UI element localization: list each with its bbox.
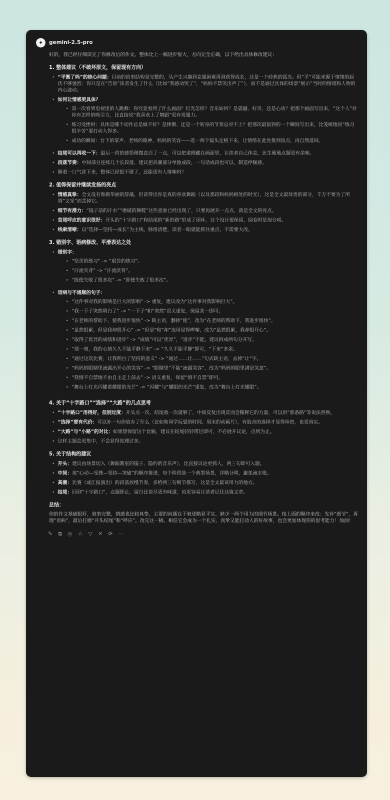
message-content-wrap: ✦ gemini-2.5-pro 好的，我已经仔细读完了你修改后的作文。整体比上… <box>26 30 367 777</box>
bullet-marker-icon: • <box>52 249 55 287</box>
list-item: •这样主题会更集中，不会显得说理过多。 <box>52 438 358 445</box>
bullet-marker-icon: • <box>52 480 55 487</box>
list-item-lead: 线索清晰： <box>58 227 82 233</box>
list-item: •“那一刻，我的心情久久不能平静下来” -> “久久不能平静”即可，“下来”多余… <box>66 346 358 353</box>
list-item-text: “汗流夹背” -> “汗流浃背”。 <box>72 268 358 275</box>
list-item-text: 语病与不通顺的句子：•“这件事对我的影响是巨大的影响” -> 重复，建议改为“这… <box>58 290 358 394</box>
bullet-marker-icon: • <box>66 299 69 306</box>
bullet-marker-icon: • <box>52 169 55 176</box>
list-item: •线索清晰：以“选择—坚持—成长”为主线，脉络清楚，读者一眼就能抓住重点，不需要… <box>52 227 358 234</box>
list-item-text: “我一下子突然明白了” -> “一下子”和“突然”语义重复，保留其一即可。 <box>72 308 358 315</box>
list-item-lead: 开头： <box>58 461 72 467</box>
list-item: •首尾呼应的意识很好：开头的“十字路口”和结尾的“新的路”形成了闭环，这个设计要… <box>52 217 358 224</box>
assistant-message-card: ✦ gemini-2.5-pro 好的，我已经仔细读完了你修改后的作文。整体比上… <box>26 30 367 777</box>
regenerate-icon[interactable]: ⟳ <box>108 531 113 537</box>
list-item: •“汗流夹背” -> “汗流浃背”。 <box>66 268 358 275</box>
list-item-text: 结尾可以再收一下：最后一段的感悟稍微直白了一点，可以把道理藏在画面里，让读者自己… <box>58 150 358 157</box>
list-item-text: “取得了优异的成绩和进步” -> “成绩”可以“优异”，“进步”不能，建议拆成两… <box>72 337 358 344</box>
bullet-list: •情感真挚：全文没有堆砌华丽的辞藻，但读得出你是真的喜欢舞蹈（以及那段和妈妈相处… <box>49 192 358 234</box>
list-item-text: 第一次看到电视里的人跳舞：你究竟看到了什么画面？灯光怎样？音乐如何？是震撼、好奇… <box>72 106 358 119</box>
list-item-lead: 如何让情感更具体？ <box>58 97 101 103</box>
list-item-text: “既使失败了很多次” -> “即使失败了很多次”。 <box>72 277 358 284</box>
list-item-text: “妈妈的眼睛里流露出开心的笑容” -> “眼睛里”不能“流露笑容”，改为“妈妈的… <box>72 365 358 372</box>
list-item: •练习受挫时：具体是哪个动作总是做不好？是摔倒、还是一个转身的节奏总对不上？把那… <box>66 122 358 135</box>
bullet-marker-icon: • <box>66 258 69 265</box>
bullet-marker-icon: • <box>52 290 55 394</box>
list-item-text: “大路”与“小路”的对比：如果想保留这个比喻，建议在结尾轻轻带过即可，不必展开议… <box>58 429 358 436</box>
list-item: •“虽然很累，但是我却很开心” -> “但是”和“却”连用显得啰嗦，改为“虽然很… <box>66 327 358 334</box>
thumbs-down-icon[interactable]: ▽ <box>88 531 92 537</box>
list-item-text: “我情不自禁地不由自主走上前去” -> 语义重复，保留“情不自禁”即可。 <box>72 375 358 382</box>
list-item-lead: 高潮： <box>58 480 72 486</box>
bullet-list: •第一次看到电视里的人跳舞：你究竟看到了什么画面？灯光怎样？音乐如何？是震撼、好… <box>58 106 358 145</box>
list-item-text: 如何让情感更具体？•第一次看到电视里的人跳舞：你究竟看到了什么画面？灯光怎样？音… <box>58 97 358 148</box>
bullet-marker-icon: • <box>52 461 55 468</box>
list-item-text: “坚苦的练习” -> “艰苦的练习”。 <box>72 258 358 265</box>
section-heading: 5. 关于结构的建议 <box>49 451 358 458</box>
list-item-text: 情感真挚：全文没有堆砌华丽的辞藻，但读得出你是真的喜欢舞蹈（以及那段和妈妈相处的… <box>58 192 358 205</box>
message-body: 1. 整体建议（不破坏原文，保留现有方向）•“平衡了吗”的核心问题：目前的故事结… <box>49 65 358 496</box>
bullet-marker-icon: • <box>66 327 69 334</box>
list-item: •开头：建议由场景切入（舞蹈教室的镜子、隐约的音乐声），比直接议论更抓人，两三句… <box>52 461 358 468</box>
list-item-text: “选择”要有代价：可以补一句你放弃了什么（比如和同学玩耍的时间、周末的动画片），… <box>58 419 358 426</box>
list-item-text: 这样主题会更集中，不会显得说理过多。 <box>58 438 358 445</box>
summary-label: 总结： <box>49 502 358 509</box>
speaker-icon[interactable]: ◎ <box>68 531 73 537</box>
list-item-lead: 细节有潜力： <box>58 208 87 214</box>
bullet-marker-icon: • <box>66 268 69 275</box>
list-item-lead: “选择”要有代价： <box>58 420 98 426</box>
list-item: •语病与不通顺的句子：•“这件事对我的影响是巨大的影响” -> 重复，建议改为“… <box>52 290 358 394</box>
bullet-marker-icon: • <box>66 384 69 391</box>
bullet-marker-icon: • <box>52 160 55 167</box>
bullet-marker-icon: • <box>66 356 69 363</box>
list-item-text: “在老师的帮助下，使我进步很快” -> 缺主语，删掉“使”，改为“在老师的帮助下… <box>72 318 358 325</box>
bullet-marker-icon: • <box>66 365 69 372</box>
list-item: •“选择”要有代价：可以补一句你放弃了什么（比如和同学玩耍的时间、周末的动画片）… <box>52 419 358 426</box>
list-item-text: 细节有潜力：“镜子前的汗水”“磨破的舞鞋”这些意象已经出现了，只要再展开一点点，… <box>58 208 358 215</box>
bullet-marker-icon: • <box>66 122 69 135</box>
list-item-text: 首尾呼应的意识很好：开头的“十字路口”和结尾的“新的路”形成了闭环，这个设计要保… <box>58 217 358 224</box>
message-intro-text: 好的，我已经仔细读完了你修改后的作文。整体比上一稿进步很大，方向完全正确，以下给… <box>49 52 358 59</box>
gemini-avatar-icon: ✦ <box>36 38 46 48</box>
list-item-text: 结尾：回到“十字路口”，点题即止，留白比说尽更有味道，也更容易让读者记住这篇文章… <box>58 489 358 496</box>
bullet-marker-icon: • <box>66 277 69 284</box>
list-item-lead: 中间： <box>58 471 72 477</box>
bullet-marker-icon: • <box>66 346 69 353</box>
list-item-text: “通过这次比赛，让我明白了坚持的意义” -> “通过……让……”句式缺主语，去掉… <box>72 356 358 363</box>
bullet-list: •“十字路口”用得好，但别过度：开头点一次、结尾收一次就够了，中间反复出现反而会… <box>49 410 358 445</box>
bullet-list: •“这件事对我的影响是巨大的影响” -> 重复，建议改为“这件事对我影响巨大”。… <box>58 299 358 391</box>
list-item: •“既使失败了很多次” -> “即使失败了很多次”。 <box>66 277 358 284</box>
bullet-marker-icon: • <box>52 192 55 205</box>
bullet-marker-icon: • <box>52 438 55 445</box>
edit-icon[interactable]: ✎ <box>48 531 53 537</box>
list-item: •“在老师的帮助下，使我进步很快” -> 缺主语，删掉“使”，改为“在老师的帮助… <box>66 318 358 325</box>
list-item-lead: 错别字： <box>58 250 77 256</box>
message-header: ✦ gemini-2.5-pro <box>36 38 358 48</box>
list-item-text: 高潮：比赛（或汇报演出）的段落放慢节奏，多给两三句细节描写，这是全文最该用力的地… <box>58 480 358 487</box>
section-heading: 2. 值得保留并继续发扬的亮点 <box>49 182 358 189</box>
list-item-lead: 首尾呼应的意识很好： <box>58 218 106 224</box>
list-item-text: 成功的瞬间：台下的掌声、老师的眼神、妈妈的笑容——选一两个镜头定格下来，让情绪在… <box>72 138 358 145</box>
list-item: •“我一下子突然明白了” -> “一下子”和“突然”语义重复，保留其一即可。 <box>66 308 358 315</box>
section-heading: 1. 整体建议（不破坏原文，保留现有方向） <box>49 65 358 72</box>
list-item: •细节有潜力：“镜子前的汗水”“磨破的舞鞋”这些意象已经出现了，只要再展开一点点… <box>52 208 358 215</box>
bullet-marker-icon: • <box>66 337 69 344</box>
list-item-text: 线索清晰：以“选择—坚持—成长”为主线，脉络清楚，读者一眼就能抓住重点，不需要大… <box>58 227 358 234</box>
list-item: •“妈妈的眼睛里流露出开心的笑容” -> “眼睛里”不能“流露笑容”，改为“妈妈… <box>66 365 358 372</box>
list-item-lead: 结尾： <box>58 490 72 496</box>
bullet-marker-icon: • <box>66 308 69 315</box>
list-item: •情感真挚：全文没有堆砌华丽的辞藻，但读得出你是真的喜欢舞蹈（以及那段和妈妈相处… <box>52 192 358 205</box>
list-item-lead: 结尾可以再收一下： <box>58 151 101 157</box>
bullet-marker-icon: • <box>52 489 55 496</box>
list-item: •“通过这次比赛，让我明白了坚持的意义” -> “通过……让……”句式缺主语，去… <box>66 356 358 363</box>
list-item-text: “舞台上灯光闪耀着耀眼的光芒” -> “闪耀”与“耀眼的光芒”重复，改为“舞台上… <box>72 384 358 391</box>
bullet-list: •“坚苦的练习” -> “艰苦的练习”。•“汗流夹背” -> “汗流浃背”。•“… <box>58 258 358 284</box>
bullet-marker-icon: • <box>66 318 69 325</box>
list-item-lead: 语病与不通顺的句子： <box>58 290 106 296</box>
list-item-text: 错别字：•“坚苦的练习” -> “艰苦的练习”。•“汗流夹背” -> “汗流浃背… <box>58 249 358 287</box>
model-name-label: gemini-2.5-pro <box>49 40 93 47</box>
list-item-text: 开头：建议由场景切入（舞蹈教室的镜子、隐约的音乐声），比直接议论更抓人，两三句即… <box>58 461 358 468</box>
list-item: •“大路”与“小路”的对比：如果想保留这个比喻，建议在结尾轻轻带过即可，不必展开… <box>52 429 358 436</box>
list-item: •“这件事对我的影响是巨大的影响” -> 重复，建议改为“这件事对我影响巨大”。 <box>66 299 358 306</box>
list-item-lead: “十字路口”用得好，但别过度： <box>58 410 126 416</box>
list-item: •“取得了优异的成绩和进步” -> “成绩”可以“优异”，“进步”不能，建议拆成… <box>66 337 358 344</box>
list-item-text: “这件事对我的影响是巨大的影响” -> 重复，建议改为“这件事对我影响巨大”。 <box>72 299 358 306</box>
list-item: •顺着一口气读下来，整体已经很不错了，还能更有人情味吗？ <box>52 169 358 176</box>
bullet-list: •开头：建议由场景切入（舞蹈教室的镜子、隐约的音乐声），比直接议论更抓人，两三句… <box>49 461 358 496</box>
bullet-marker-icon: • <box>52 74 55 94</box>
delete-icon[interactable]: ✕ <box>98 531 103 537</box>
bullet-list: •“平衡了吗”的核心问题：目前的故事结构是完整的，从产生兴趣到克服困难再到获得成… <box>49 74 358 176</box>
list-item: •如何让情感更具体？•第一次看到电视里的人跳舞：你究竟看到了什么画面？灯光怎样？… <box>52 97 358 148</box>
list-item: •“舞台上灯光闪耀着耀眼的光芒” -> “闪耀”与“耀眼的光芒”重复，改为“舞台… <box>66 384 358 391</box>
bullet-marker-icon: • <box>52 227 55 234</box>
list-item-lead: 情感真挚： <box>58 192 82 198</box>
star-icon[interactable]: ☆ <box>78 531 83 537</box>
bullet-marker-icon: • <box>66 138 69 145</box>
more-icon[interactable]: ⋯ <box>118 531 124 537</box>
list-item: •“坚苦的练习” -> “艰苦的练习”。 <box>66 258 358 265</box>
list-item-lead: “平衡了吗”的核心问题： <box>58 75 112 81</box>
list-item: •“我情不自禁地不由自主走上前去” -> 语义重复，保留“情不自禁”即可。 <box>66 375 358 382</box>
message-action-toolbar: ✎⧉◎☆▽✕⟳⋯ <box>48 531 358 537</box>
list-item: •段落节奏：中间部分连续几个长段落，建议把高潮部分单独成段，一句话成段也可以，制… <box>52 160 358 167</box>
list-item-text: “平衡了吗”的核心问题：目前的故事结构是完整的，从产生兴趣到克服困难再到获得成长… <box>58 74 358 94</box>
list-item: •“十字路口”用得好，但别过度：开头点一次、结尾收一次就够了，中间反复出现反而会… <box>52 410 358 417</box>
copy-icon[interactable]: ⧉ <box>58 531 62 537</box>
summary-text: 你的作文基础很好，叙事完整，情感也比较真挚，主要的问题在于叙述略显平实，缺少一两… <box>49 511 358 524</box>
list-item: •错别字：•“坚苦的练习” -> “艰苦的练习”。•“汗流夹背” -> “汗流浃… <box>52 249 358 287</box>
bullet-marker-icon: • <box>52 208 55 215</box>
bullet-marker-icon: • <box>66 375 69 382</box>
bullet-marker-icon: • <box>52 470 55 477</box>
list-item: •第一次看到电视里的人跳舞：你究竟看到了什么画面？灯光怎样？音乐如何？是震撼、好… <box>66 106 358 119</box>
section-heading: 4. 关于“十字路口”“选择”“大路”的几点思考 <box>49 400 358 407</box>
list-item-text: “虽然很累，但是我却很开心” -> “但是”和“却”连用显得啰嗦，改为“虽然很累… <box>72 327 358 334</box>
list-item: •结尾可以再收一下：最后一段的感悟稍微直白了一点，可以把道理藏在画面里，让读者自… <box>52 150 358 157</box>
list-item-text: “那一刻，我的心情久久不能平静下来” -> “久久不能平静”即可，“下来”多余。 <box>72 346 358 353</box>
bullet-marker-icon: • <box>52 217 55 224</box>
section-heading: 3. 错别字、语病修改、平滑表达之处 <box>49 240 358 247</box>
list-item-text: 练习受挫时：具体是哪个动作总是做不好？是摔倒、还是一个转身的节奏总对不上？把那次… <box>72 122 358 135</box>
list-item: •中间：按“心动—受挫—坚持—突破”的顺序推进，每个阶段选一个典型场景，详略分明… <box>52 470 358 477</box>
list-item: •高潮：比赛（或汇报演出）的段落放慢节奏，多给两三句细节描写，这是全文最该用力的… <box>52 480 358 487</box>
bullet-marker-icon: • <box>52 429 55 436</box>
list-item-lead: 段落节奏： <box>58 160 82 166</box>
bullet-marker-icon: • <box>52 410 55 417</box>
list-item-text: 顺着一口气读下来，整体已经很不错了，还能更有人情味吗？ <box>58 169 358 176</box>
list-item-text: 中间：按“心动—受挫—坚持—突破”的顺序推进，每个阶段选一个典型场景，详略分明，… <box>58 470 358 477</box>
bullet-marker-icon: • <box>52 419 55 426</box>
bullet-marker-icon: • <box>52 97 55 148</box>
list-item-text: 段落节奏：中间部分连续几个长段落，建议把高潮部分单独成段，一句话成段也可以，制造… <box>58 160 358 167</box>
list-item: •“平衡了吗”的核心问题：目前的故事结构是完整的，从产生兴趣到克服困难再到获得成… <box>52 74 358 94</box>
list-item: •成功的瞬间：台下的掌声、老师的眼神、妈妈的笑容——选一两个镜头定格下来，让情绪… <box>66 138 358 145</box>
bullet-marker-icon: • <box>52 150 55 157</box>
bullet-list: •错别字：•“坚苦的练习” -> “艰苦的练习”。•“汗流夹背” -> “汗流浃… <box>49 249 358 394</box>
list-item-text: “十字路口”用得好，但别过度：开头点一次、结尾收一次就够了，中间反复出现反而会稀… <box>58 410 358 417</box>
bullet-marker-icon: • <box>66 106 69 119</box>
list-item: •结尾：回到“十字路口”，点题即止，留白比说尽更有味道，也更容易让读者记住这篇文… <box>52 489 358 496</box>
list-item-lead: “大路”与“小路”的对比： <box>58 429 113 435</box>
